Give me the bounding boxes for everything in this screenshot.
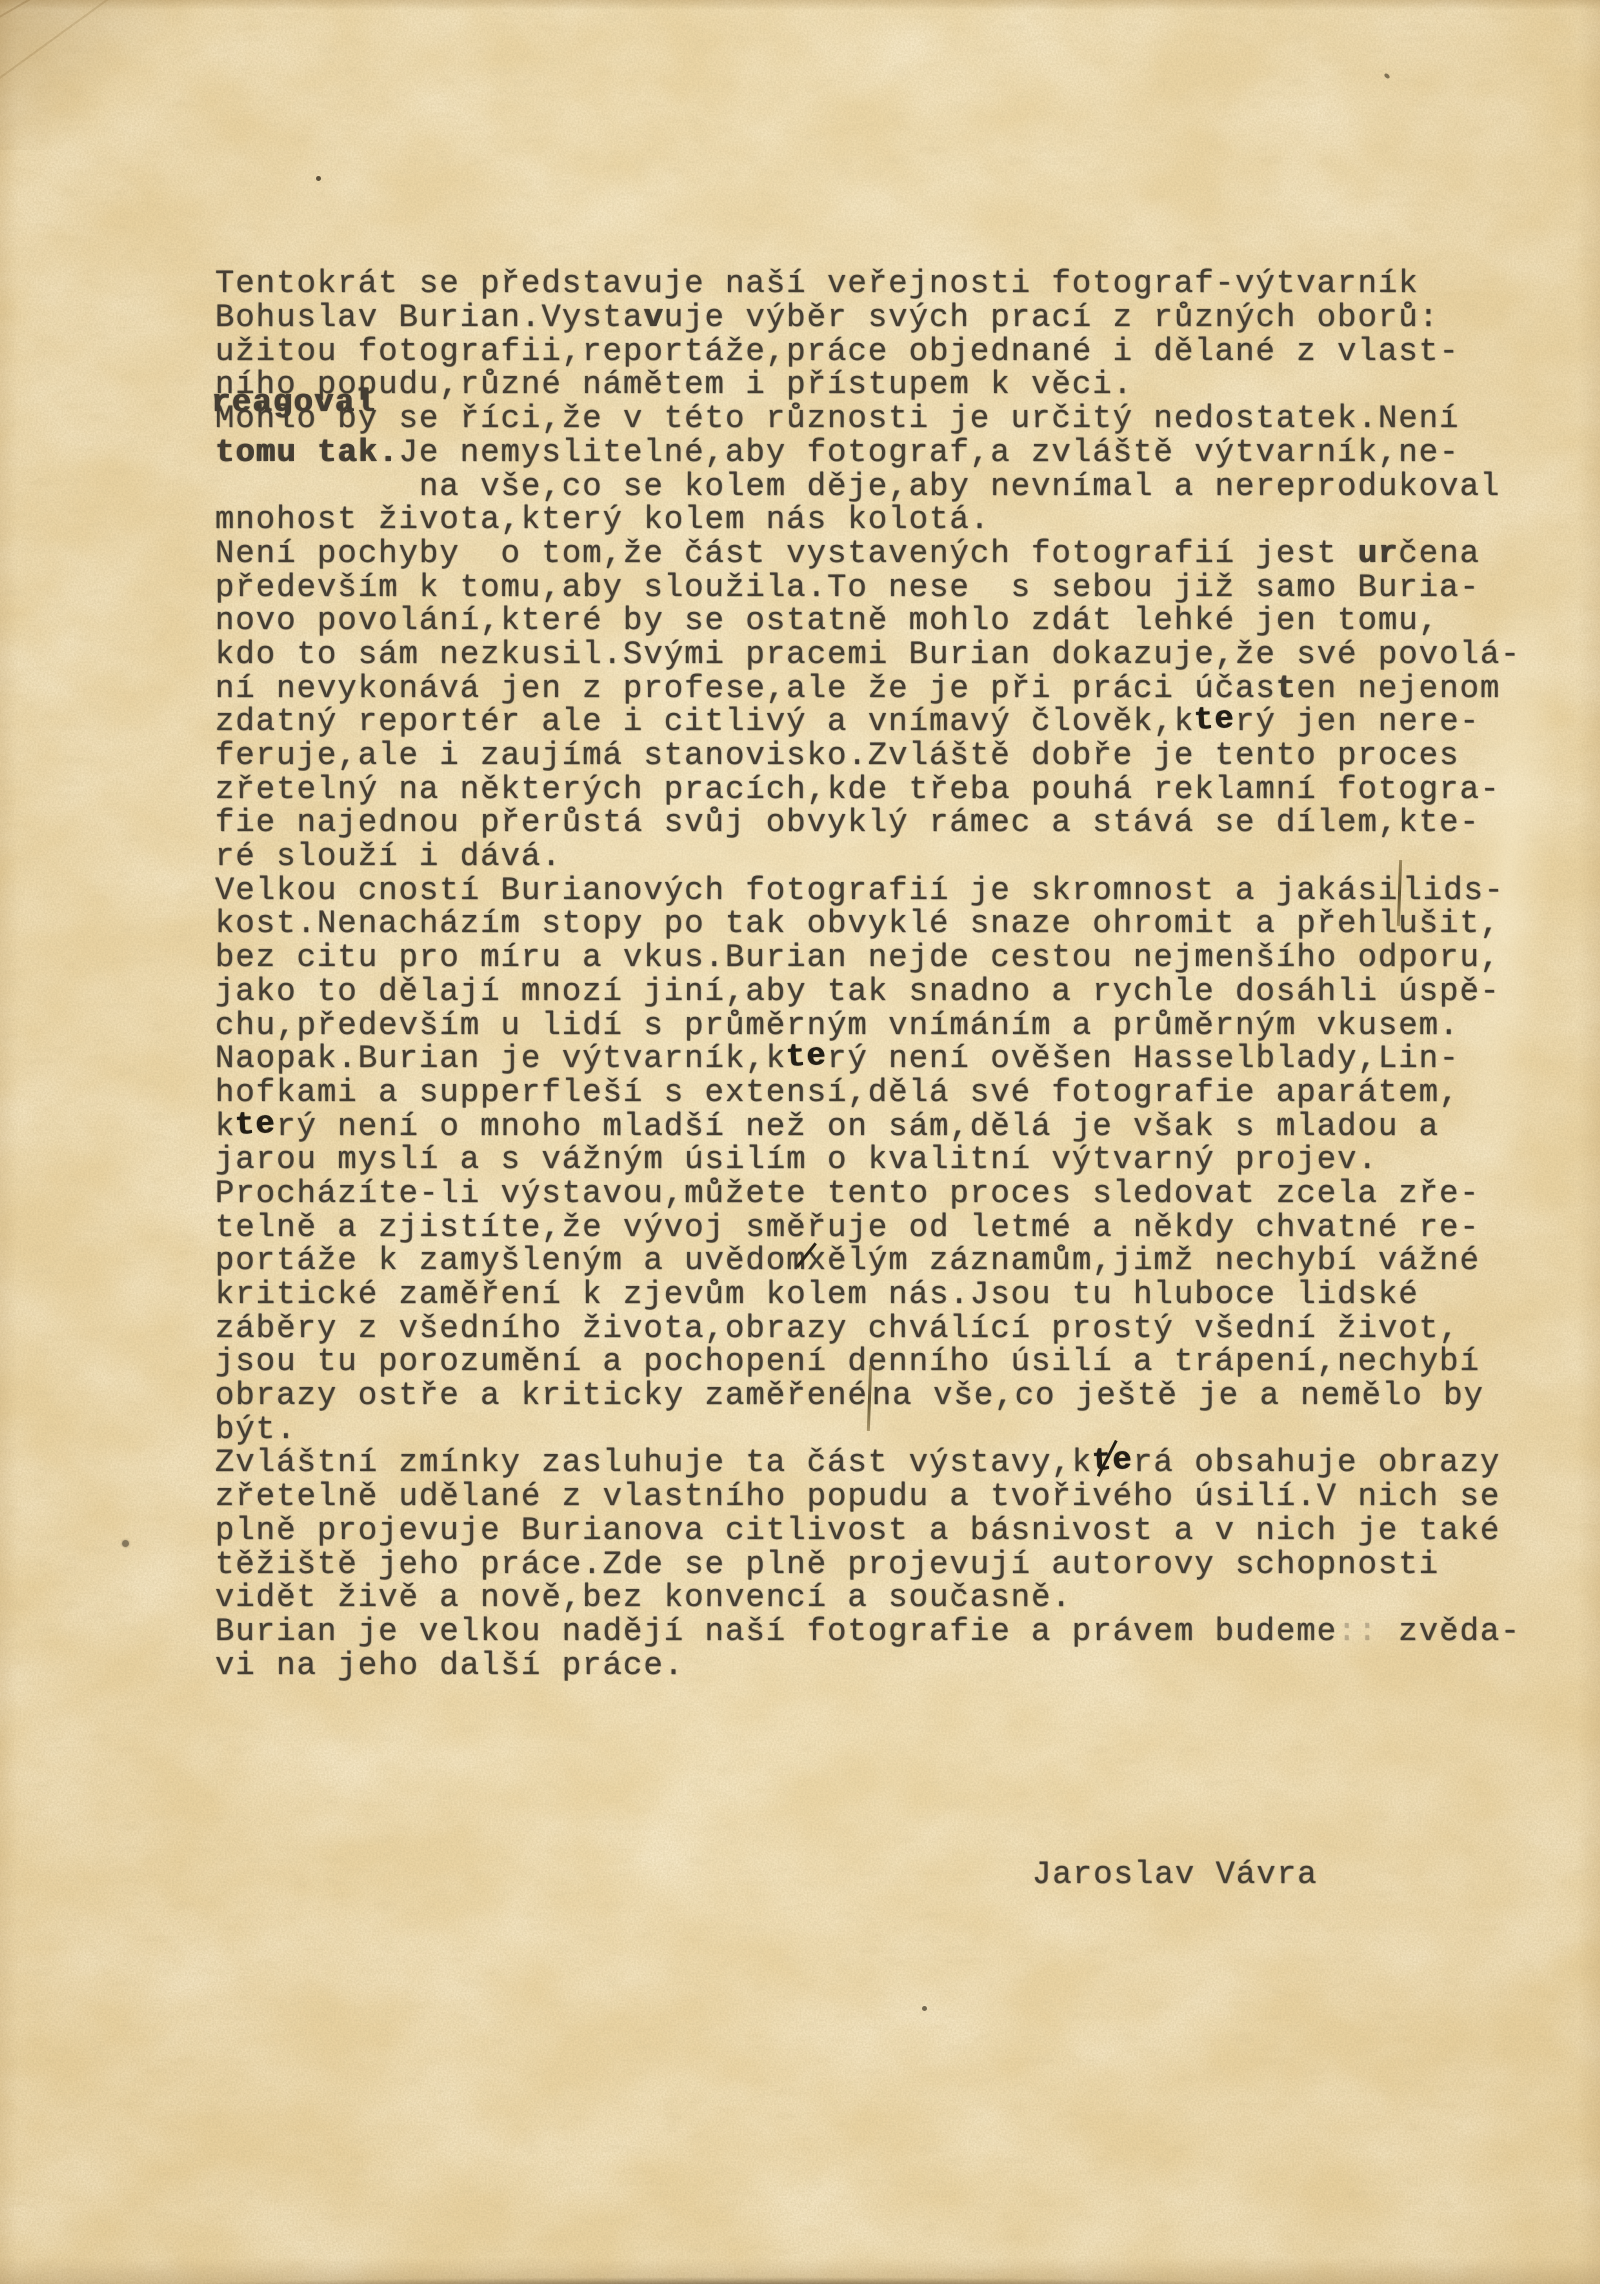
text-line: chu,především u lidí s průměrným vnímání… — [215, 1009, 1505, 1043]
ink-speck — [922, 2006, 927, 2011]
text-segment: Zvláštní zmínky zasluhuje ta část výstav… — [215, 1444, 1092, 1481]
text-segment: užitou fotografii,reportáže,práce objedn… — [215, 333, 1460, 370]
text-line: Velkou cností Burianových fotografií je … — [215, 874, 1505, 908]
text-segment: en nejenom — [1296, 670, 1500, 707]
text-line: Procházíte-li výstavou,můžete tento proc… — [215, 1177, 1505, 1211]
pen-stroke-mark — [1398, 898, 1402, 899]
text-line: ní nevykonává jen z profese,ale že je př… — [215, 672, 1505, 706]
text-line: na vše,co se kolem děje,aby nevnímal a n… — [215, 470, 1505, 504]
text-lines: Tentokrát se představuje naší veřejnosti… — [215, 267, 1505, 1682]
paper-edge-top — [0, 0, 1600, 10]
text-segment: Tentokrát se představuje naší veřejnosti… — [215, 265, 1419, 302]
text-segment: Je nemyslitelné,aby fotograf,a zvláště v… — [399, 434, 1460, 471]
text-line: feruje,ale i zaujímá stanovisko.Zvláště … — [215, 739, 1505, 773]
text-line: především k tomu,aby sloužila.To nese s … — [215, 571, 1505, 605]
text-line: plně projevuje Burianova citlivost a bás… — [215, 1514, 1505, 1548]
text-segment: uje výběr svých prací z různých oborů: — [664, 299, 1439, 336]
text-segment: kdo to sám nezkusil.Svými pracemi Burian… — [215, 636, 1521, 673]
overstrike-correction: te — [785, 1039, 828, 1075]
text-segment: rá obsahuje obrazy — [1133, 1444, 1500, 1481]
text-segment: plně projevuje Burianova citlivost a bás… — [215, 1512, 1500, 1549]
overstrike-correction: te — [234, 1107, 277, 1143]
text-line: bez citu pro míru a vkus.Burian nejde ce… — [215, 941, 1505, 975]
pen-stroke-mark — [868, 1403, 872, 1404]
text-segment: fie najednou přerůstá svůj obvyklý rámec… — [215, 804, 1480, 841]
text-segment: Bohuslav Burian.Vysta — [215, 299, 643, 336]
text-segment: k — [215, 1108, 235, 1145]
overstrike-correction: v — [643, 299, 663, 336]
text-line: Zvláštní zmínky zasluhuje ta část výstav… — [215, 1446, 1505, 1480]
overstrike-correction: x — [807, 1242, 827, 1279]
text-segment: čena — [1398, 535, 1480, 572]
text-segment: ré slouží i dává. — [215, 838, 562, 875]
text-segment: hofkami a supperfleší s extensí,dělá své… — [215, 1074, 1460, 1111]
text-segment: Naopak.Burian je výtvarník,k — [215, 1040, 786, 1077]
overstrike-correction: :: — [1337, 1613, 1378, 1650]
text-segment: především k tomu,aby sloužila.To nese s … — [215, 569, 1480, 606]
overstrike-correction: ur — [1358, 535, 1399, 572]
text-line: zdatný reportér ale i citlivý a vnímavý … — [215, 705, 1505, 739]
text-line: Burian je velkou nadějí naší fotografie … — [215, 1615, 1505, 1649]
text-line: novo povolání,které by se ostatně mohlo … — [215, 604, 1505, 638]
text-segment: na vše,co se kolem děje,aby nevnímal a n… — [215, 468, 1500, 505]
text-line: obrazy ostře a kriticky zaměřenéna vše,c… — [215, 1379, 1505, 1413]
text-line: jarou myslí a s vážným úsilím o kvalitní… — [215, 1143, 1505, 1177]
text-segment: zvěda- — [1378, 1613, 1521, 1650]
text-line: kdo to sám nezkusil.Svými pracemi Burian… — [215, 638, 1505, 672]
text-line: Bohuslav Burian.Vystavuje výběr svých pr… — [215, 301, 1505, 335]
text-segment: zdatný reportér ale i citlivý a vnímavý … — [215, 703, 1194, 740]
text-segment: vi na jeho další práce. — [215, 1647, 684, 1684]
text-line: tomu tak.Je nemyslitelné,aby fotograf,a … — [215, 436, 1505, 470]
text-line: mnohost života,který kolem nás kolotá. — [215, 503, 1505, 537]
overstrike-correction: te — [1193, 702, 1236, 738]
paper-edge-right — [1578, 0, 1600, 2284]
text-segment: ní nevykonává jen z profese,ale že je př… — [215, 670, 1276, 707]
text-segment: Není pochyby o tom,že část vystavených f… — [215, 535, 1358, 572]
text-segment: Procházíte-li výstavou,můžete tento proc… — [215, 1175, 1480, 1212]
text-line: fie najednou přerůstá svůj obvyklý rámec… — [215, 806, 1505, 840]
text-segment: lids- — [1402, 872, 1504, 909]
overstrike-correction: te — [1091, 1443, 1134, 1479]
text-segment: být. — [215, 1411, 297, 1448]
text-segment: rý jen nere- — [1235, 703, 1480, 740]
text-segment: feruje,ale i zaujímá stanovisko.Zvláště … — [215, 737, 1460, 774]
text-segment: mnohost života,který kolem nás kolotá. — [215, 501, 990, 538]
typewritten-text-block: Tentokrát se představuje naší veřejnosti… — [215, 200, 1505, 1926]
ink-speck — [316, 176, 321, 181]
text-line: kost.Nenacházím stopy po tak obvyklé sna… — [215, 907, 1505, 941]
text-line: Naopak.Burian je výtvarník,který není ov… — [215, 1042, 1505, 1076]
text-line: portáže k zamyšleným a uvědomxělým zázna… — [215, 1244, 1505, 1278]
text-line: zřetelný na některých pracích,kde třeba … — [215, 773, 1505, 807]
text-line: vidět živě a nově,bez konvencí a současn… — [215, 1581, 1505, 1615]
text-segment: na vše,co ještě je a nemělo by — [872, 1377, 1484, 1414]
text-segment: záběry z všedního života,obrazy chválící… — [215, 1310, 1460, 1347]
text-segment: Velkou cností Burianových fotografií je … — [215, 872, 1398, 909]
text-line: kritické zaměření k zjevům kolem nás.Jso… — [215, 1278, 1505, 1312]
text-line: který není o mnoho mladší než on sám,děl… — [215, 1110, 1505, 1144]
text-line: ního popudu,různé námětem i přístupem k … — [215, 368, 1505, 402]
text-line: Tentokrát se představuje naší veřejnosti… — [215, 267, 1505, 301]
text-segment: rý není ověšen Hasselblady,Lin- — [827, 1040, 1460, 1077]
text-segment: novo povolání,které by se ostatně mohlo … — [215, 602, 1439, 639]
text-line: ré slouží i dává. — [215, 840, 1505, 874]
signature: Jaroslav Vávra — [215, 1858, 1505, 1892]
text-line: hofkami a supperfleší s extensí,dělá své… — [215, 1076, 1505, 1110]
text-segment: portáže k zamyšleným a uvědom — [215, 1242, 807, 1279]
text-line: jako to dělají mnozí jiní,aby tak snadno… — [215, 975, 1505, 1009]
scanned-typewritten-page: { "page": { "width": 1600, "height": 228… — [0, 0, 1600, 2284]
text-segment: bez citu pro míru a vkus.Burian nejde ce… — [215, 939, 1500, 976]
text-line: záběry z všedního života,obrazy chválící… — [215, 1312, 1505, 1346]
text-segment: těžiště jeho práce.Zde se plně projevují… — [215, 1546, 1439, 1583]
text-segment: ělým záznamům,jimž nechybí vážné — [827, 1242, 1480, 1279]
text-line: být. — [215, 1413, 1505, 1447]
text-segment: obrazy ostře a kriticky zaměřené — [215, 1377, 868, 1414]
margin-dot — [122, 1540, 129, 1547]
text-line: jsou tu porozumění a pochopení denního ú… — [215, 1345, 1505, 1379]
text-segment: Burian je velkou nadějí naší fotografie … — [215, 1613, 1337, 1650]
text-segment: kritické zaměření k zjevům kolem nás.Jso… — [215, 1276, 1419, 1313]
text-segment: Mohlo by se říci,že v této různosti je u… — [215, 400, 1460, 437]
text-line: telně a zjistíte,že vývoj směřuje od let… — [215, 1211, 1505, 1245]
inserted-word-reagoval: reagoval — [211, 386, 376, 420]
text-segment: zřetelně udělané z vlastního popudu a tv… — [215, 1478, 1500, 1515]
overstrike-correction: t — [1276, 670, 1296, 707]
overstrike-correction: tomu tak. — [215, 434, 399, 471]
text-segment: jsou tu porozumění a pochopení denního ú… — [215, 1343, 1480, 1380]
paper-edge-shadow — [160, 2277, 1312, 2284]
text-segment: chu,především u lidí s průměrným vnímání… — [215, 1007, 1460, 1044]
text-line: těžiště jeho práce.Zde se plně projevují… — [215, 1548, 1505, 1582]
text-line: Mohlo by se říci,že v této různosti je u… — [215, 402, 1505, 436]
text-segment: jarou myslí a s vážným úsilím o kvalitní… — [215, 1141, 1378, 1178]
text-segment: vidět živě a nově,bez konvencí a současn… — [215, 1579, 1072, 1616]
text-segment: kost.Nenacházím stopy po tak obvyklé sna… — [215, 905, 1500, 942]
text-segment: zřetelný na některých pracích,kde třeba … — [215, 771, 1500, 808]
text-line: Není pochyby o tom,že část vystavených f… — [215, 537, 1505, 571]
text-segment: jako to dělají mnozí jiní,aby tak snadno… — [215, 973, 1500, 1010]
text-line: vi na jeho další práce. — [215, 1649, 1505, 1683]
text-segment: rý není o mnoho mladší než on sám,dělá j… — [276, 1108, 1439, 1145]
text-line: zřetelně udělané z vlastního popudu a tv… — [215, 1480, 1505, 1514]
text-line: užitou fotografii,reportáže,práce objedn… — [215, 335, 1505, 369]
paper-edge-left — [0, 0, 18, 2284]
text-segment: telně a zjistíte,že vývoj směřuje od let… — [215, 1209, 1480, 1246]
